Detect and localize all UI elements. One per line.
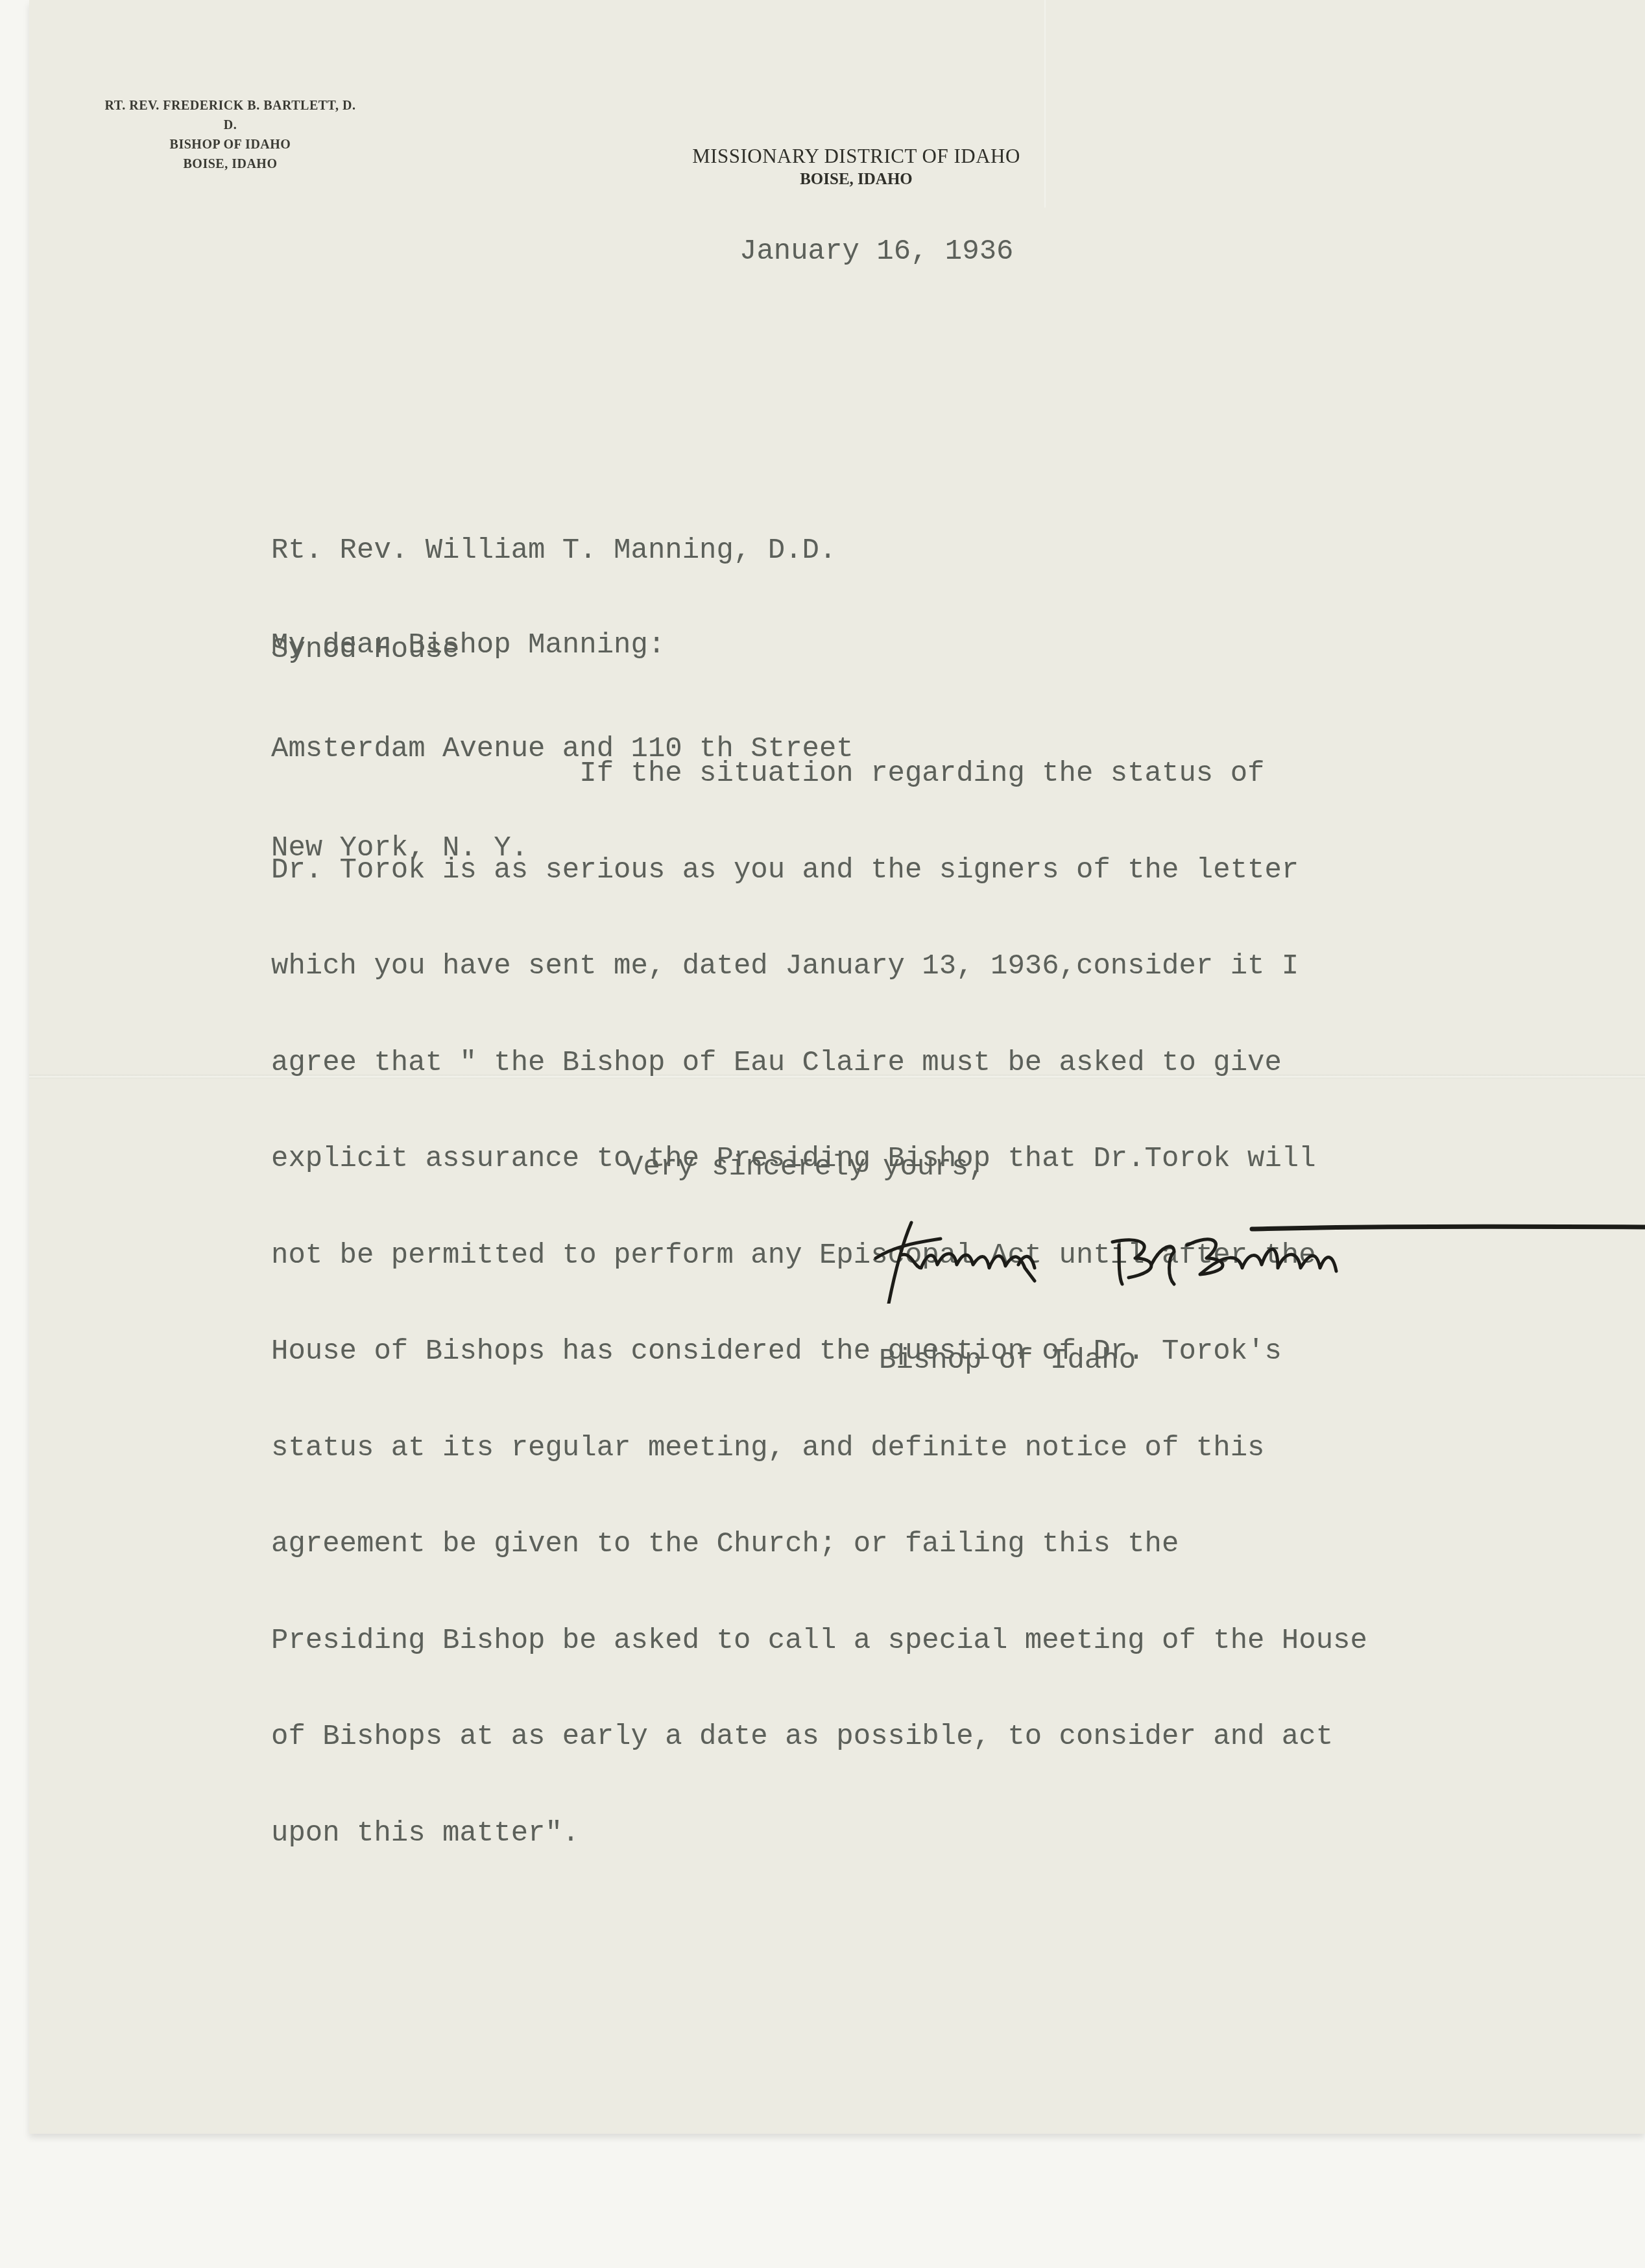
sender-title: BISHOP OF IDAHO <box>97 135 363 154</box>
body-line: status at its regular meeting, and defin… <box>271 1433 1367 1465</box>
sender-name: RT. REV. FREDERICK B. BARTLETT, D. D. <box>97 96 363 135</box>
sender-city: BOISE, IDAHO <box>97 154 363 174</box>
body-line: upon this matter". <box>271 1818 1367 1850</box>
body-line: House of Bishops has considered the ques… <box>271 1336 1367 1368</box>
body-line: which you have sent me, dated January 13… <box>271 951 1367 983</box>
closing: Very sincerely yours, <box>626 1151 986 1184</box>
body-line: Dr. Torok is as serious as you and the s… <box>271 855 1367 887</box>
letterhead-sender-block: RT. REV. FREDERICK B. BARTLETT, D. D. BI… <box>97 96 363 174</box>
salutation: My dear Bishop Manning: <box>271 629 665 662</box>
signer-title: Bishop of Idaho <box>879 1344 1136 1377</box>
organization-name: MISSIONARY DISTRICT OF IDAHO <box>584 144 1129 169</box>
body-line: If the situation regarding the status of <box>271 758 1367 791</box>
body-line: agree that " the Bishop of Eau Claire mu… <box>271 1047 1367 1080</box>
letterhead-organization: MISSIONARY DISTRICT OF IDAHO BOISE, IDAH… <box>584 144 1129 191</box>
signature-icon <box>863 1206 1645 1304</box>
body-line: Presiding Bishop be asked to call a spec… <box>271 1625 1367 1658</box>
body-line: of Bishops at as early a date as possibl… <box>271 1721 1367 1754</box>
letter-date: January 16, 1936 <box>739 235 1013 268</box>
organization-city: BOISE, IDAHO <box>584 169 1129 191</box>
recipient-line: Rt. Rev. William T. Manning, D.D. <box>271 534 854 567</box>
handwritten-signature <box>863 1206 1645 1304</box>
body-line: agreement be given to the Church; or fai… <box>271 1529 1367 1561</box>
